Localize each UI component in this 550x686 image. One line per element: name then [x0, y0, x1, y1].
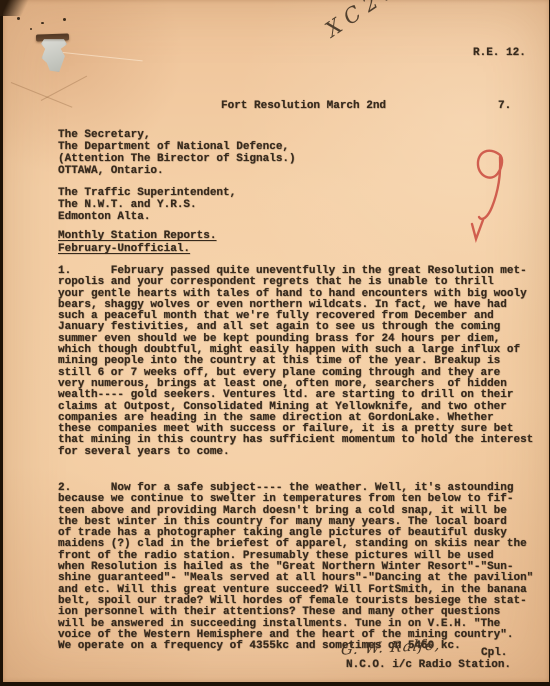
crease-line — [41, 76, 87, 101]
crease-line — [63, 52, 143, 61]
ref-number: R.E. 12. — [473, 48, 526, 59]
address-block-secondary: The Traffic Superintendent, The N.W.T. a… — [58, 187, 236, 223]
page-number: 7. — [498, 101, 511, 112]
paper-speck — [41, 22, 44, 24]
paper-speck — [63, 18, 66, 21]
crease-line — [11, 82, 73, 108]
signature-rank: Cpl. — [481, 648, 507, 659]
paper-speck — [30, 28, 32, 30]
document-page: XC29 R.E. 12. Fort Resolution March 2nd … — [3, 0, 549, 682]
paragraph-2: 2. Now for a safe subject---- the weathe… — [58, 483, 533, 652]
signature-name: G. W. Ralfe, — [340, 635, 442, 658]
punch-hole — [41, 39, 67, 72]
paragraph-1: 1. February passed quite uneventfully in… — [58, 266, 533, 458]
paper-speck — [17, 17, 20, 20]
pencil-note: XC29 — [321, 0, 405, 42]
scan-edge-corner — [0, 0, 34, 16]
address-block-primary: The Secretary, The Department of Nationa… — [58, 129, 296, 177]
subject-title: Monthly Station Reports. — [58, 231, 216, 242]
dateline: Fort Resolution March 2nd — [221, 101, 386, 112]
signature-title: N.C.O. i/c Radio Station. — [346, 660, 511, 671]
subject-subtitle: February-Unofficial. — [58, 244, 190, 255]
red-pencil-mark — [463, 146, 515, 250]
